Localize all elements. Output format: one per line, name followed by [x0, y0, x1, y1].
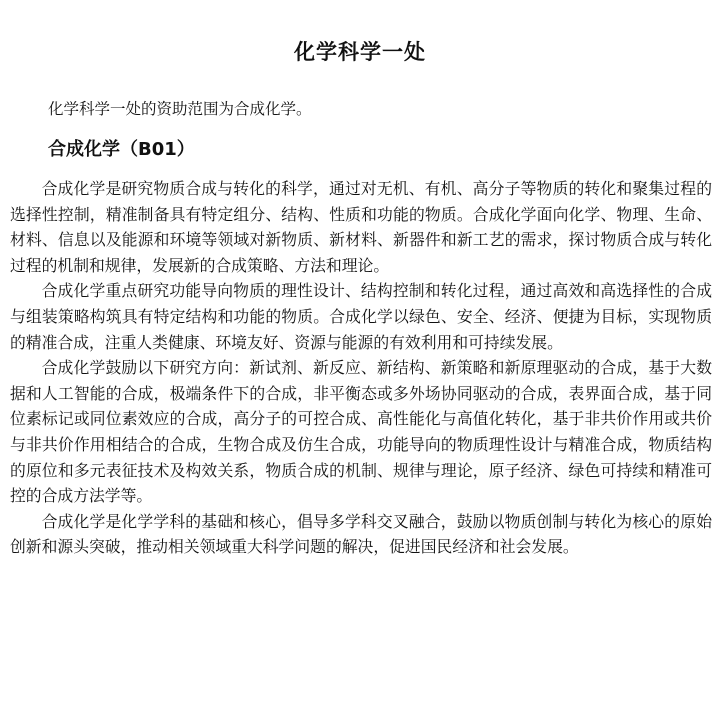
paragraph: 合成化学是研究物质合成与转化的科学，通过对无机、有机、高分子等物质的转化和聚集过…	[10, 176, 712, 278]
section-heading: 合成化学（B01）	[48, 135, 195, 161]
paragraph: 合成化学是化学学科的基础和核心，倡导多学科交叉融合，鼓励以物质创制与转化为核心的…	[10, 509, 712, 560]
page-title: 化学科学一处	[0, 36, 720, 66]
paragraph: 合成化学重点研究功能导向物质的理性设计、结构控制和转化过程，通过高效和高选择性的…	[10, 278, 712, 355]
paragraph: 合成化学鼓励以下研究方向：新试剂、新反应、新结构、新策略和新原理驱动的合成，基于…	[10, 355, 712, 509]
section-body: 合成化学是研究物质合成与转化的科学，通过对无机、有机、高分子等物质的转化和聚集过…	[10, 176, 712, 560]
intro-text: 化学科学一处的资助范围为合成化学。	[48, 97, 312, 119]
